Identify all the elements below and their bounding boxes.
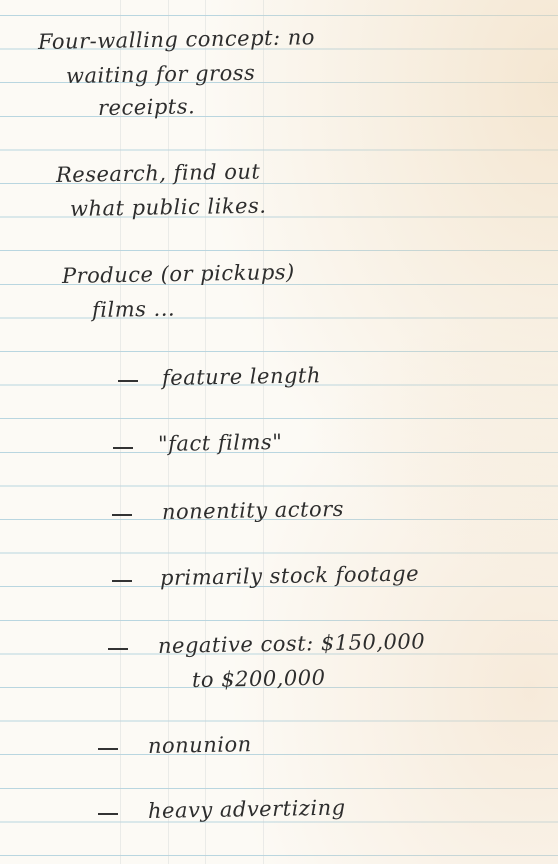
bullet-item: feature length [162, 363, 321, 390]
dash-bullet-icon [98, 813, 118, 815]
dash-bullet-icon [112, 514, 132, 516]
note-line: what public likes. [70, 194, 267, 221]
bullet-item-continuation: to $200,000 [192, 666, 326, 692]
bullet-item: "fact films" [158, 430, 283, 456]
note-line: films ... [92, 297, 176, 322]
dash-bullet-icon [98, 748, 118, 750]
ruled-paper-page: Four-walling concept: no waiting for gro… [0, 0, 558, 864]
bullet-item: negative cost: $150,000 [158, 629, 425, 658]
bullet-item: primarily stock footage [160, 561, 419, 590]
show-through-line [120, 0, 121, 864]
dash-bullet-icon [118, 380, 138, 382]
dash-bullet-icon [112, 580, 132, 582]
dash-bullet-icon [113, 447, 133, 449]
note-line: Research, find out [56, 159, 261, 187]
note-line: receipts. [98, 94, 196, 120]
note-line: Four-walling concept: no [38, 25, 315, 54]
bullet-item: nonentity actors [162, 497, 344, 524]
bullet-item: heavy advertizing [148, 796, 346, 823]
bullet-item: nonunion [148, 732, 252, 758]
note-line: Produce (or pickups) [62, 260, 295, 288]
note-line: waiting for gross [66, 61, 256, 88]
dash-bullet-icon [108, 648, 128, 650]
